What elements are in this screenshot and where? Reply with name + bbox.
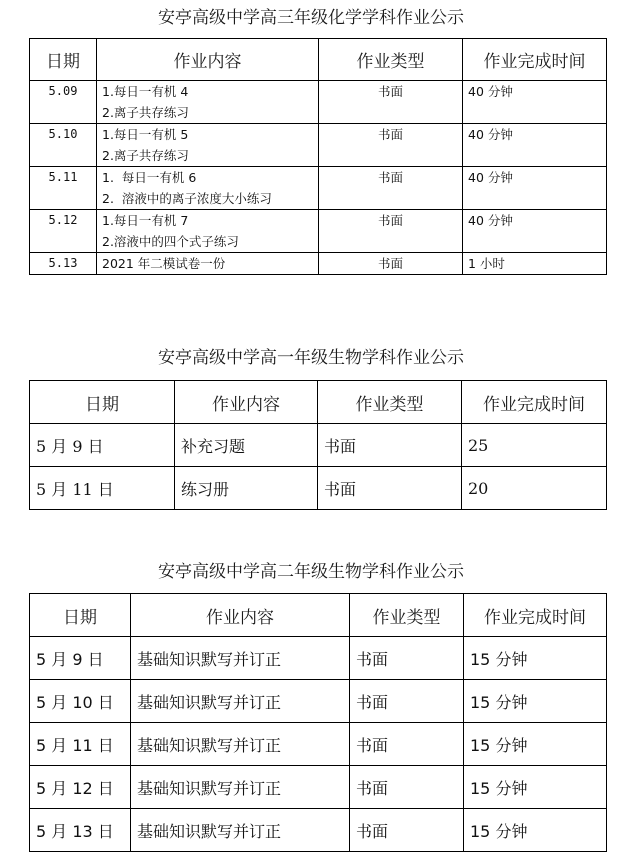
table-row: 5 月 11 日 练习册 书面 20 [30, 467, 607, 510]
content-line: 1.每日一有机 4 [102, 81, 318, 102]
table-row: 5.10 1.每日一有机 5 2.离子共存练习 书面 40 分钟 [30, 124, 607, 167]
cell-time: 15 分钟 [464, 766, 607, 809]
content-line: 2. 溶液中的离子浓度大小练习 [102, 188, 318, 209]
cell-content: 基础知识默写并订正 [131, 723, 350, 766]
content-line: 2.离子共存练习 [102, 145, 318, 166]
cell-date: 5.11 [30, 167, 97, 210]
cell-content: 基础知识默写并订正 [131, 680, 350, 723]
cell-time: 40 分钟 [463, 210, 607, 253]
header-content: 作业内容 [131, 594, 350, 637]
cell-date: 5 月 9 日 [30, 424, 175, 467]
table-row: 5.09 1.每日一有机 4 2.离子共存练习 书面 40 分钟 [30, 81, 607, 124]
content-line: 1.每日一有机 7 [102, 210, 318, 231]
biology-grade1-table-title: 安亭高级中学高一年级生物学科作业公示 [0, 347, 622, 369]
cell-type: 书面 [350, 766, 464, 809]
table-row: 5 月 9 日 补充习题 书面 25 [30, 424, 607, 467]
content-line: 2021 年二模试卷一份 [102, 253, 318, 274]
table-row: 5.13 2021 年二模试卷一份 书面 1 小时 [30, 253, 607, 275]
cell-date: 5.12 [30, 210, 97, 253]
cell-content: 1.每日一有机 5 2.离子共存练习 [97, 124, 319, 167]
cell-content: 基础知识默写并订正 [131, 809, 350, 852]
table-row: 5 月 13 日 基础知识默写并订正 书面 15 分钟 [30, 809, 607, 852]
header-type: 作业类型 [318, 381, 462, 424]
header-date: 日期 [30, 594, 131, 637]
cell-content: 1.每日一有机 4 2.离子共存练习 [97, 81, 319, 124]
cell-type: 书面 [319, 167, 463, 210]
table-row: 5.11 1. 每日一有机 6 2. 溶液中的离子浓度大小练习 书面 40 分钟 [30, 167, 607, 210]
cell-type: 书面 [350, 637, 464, 680]
chemistry-homework-table: 日期 作业内容 作业类型 作业完成时间 5.09 1.每日一有机 4 2.离子共… [29, 38, 607, 275]
cell-type: 书面 [350, 680, 464, 723]
content-line: 2.溶液中的四个式子练习 [102, 231, 318, 252]
cell-type: 书面 [350, 809, 464, 852]
cell-date: 5 月 9 日 [30, 637, 131, 680]
cell-date: 5.10 [30, 124, 97, 167]
cell-time: 1 小时 [463, 253, 607, 275]
cell-time: 40 分钟 [463, 167, 607, 210]
cell-date: 5 月 12 日 [30, 766, 131, 809]
cell-content: 1.每日一有机 7 2.溶液中的四个式子练习 [97, 210, 319, 253]
header-content: 作业内容 [175, 381, 318, 424]
table-row: 5 月 10 日 基础知识默写并订正 书面 15 分钟 [30, 680, 607, 723]
cell-time: 15 分钟 [464, 809, 607, 852]
chemistry-table-title: 安亭高级中学高三年级化学学科作业公示 [0, 7, 622, 29]
cell-content: 基础知识默写并订正 [131, 766, 350, 809]
header-content: 作业内容 [97, 39, 319, 81]
cell-time: 15 分钟 [464, 637, 607, 680]
header-time: 作业完成时间 [462, 381, 607, 424]
cell-content: 基础知识默写并订正 [131, 637, 350, 680]
table-header-row: 日期 作业内容 作业类型 作业完成时间 [30, 381, 607, 424]
biology-grade2-table-title: 安亭高级中学高二年级生物学科作业公示 [0, 561, 622, 583]
cell-date: 5 月 11 日 [30, 723, 131, 766]
cell-content: 2021 年二模试卷一份 [97, 253, 319, 275]
table-row: 5 月 11 日 基础知识默写并订正 书面 15 分钟 [30, 723, 607, 766]
cell-type: 书面 [319, 253, 463, 275]
table-row: 5 月 12 日 基础知识默写并订正 书面 15 分钟 [30, 766, 607, 809]
cell-content: 补充习题 [175, 424, 318, 467]
cell-time: 15 分钟 [464, 680, 607, 723]
cell-date: 5 月 10 日 [30, 680, 131, 723]
table-row: 5 月 9 日 基础知识默写并订正 书面 15 分钟 [30, 637, 607, 680]
cell-date: 5 月 11 日 [30, 467, 175, 510]
cell-type: 书面 [318, 424, 462, 467]
content-line: 1.每日一有机 5 [102, 124, 318, 145]
header-type: 作业类型 [319, 39, 463, 81]
cell-date: 5.09 [30, 81, 97, 124]
cell-type: 书面 [350, 723, 464, 766]
cell-date: 5.13 [30, 253, 97, 275]
cell-time: 20 [462, 467, 607, 510]
header-time: 作业完成时间 [464, 594, 607, 637]
cell-time: 40 分钟 [463, 124, 607, 167]
cell-date: 5 月 13 日 [30, 809, 131, 852]
cell-type: 书面 [319, 81, 463, 124]
cell-content: 1. 每日一有机 6 2. 溶液中的离子浓度大小练习 [97, 167, 319, 210]
cell-type: 书面 [319, 210, 463, 253]
biology-grade1-homework-table: 日期 作业内容 作业类型 作业完成时间 5 月 9 日 补充习题 书面 25 5… [29, 380, 607, 510]
header-date: 日期 [30, 39, 97, 81]
header-time: 作业完成时间 [463, 39, 607, 81]
cell-type: 书面 [318, 467, 462, 510]
table-row: 5.12 1.每日一有机 7 2.溶液中的四个式子练习 书面 40 分钟 [30, 210, 607, 253]
cell-time: 15 分钟 [464, 723, 607, 766]
content-line: 2.离子共存练习 [102, 102, 318, 123]
biology-grade2-homework-table: 日期 作业内容 作业类型 作业完成时间 5 月 9 日 基础知识默写并订正 书面… [29, 593, 607, 852]
cell-type: 书面 [319, 124, 463, 167]
cell-time: 25 [462, 424, 607, 467]
header-date: 日期 [30, 381, 175, 424]
content-line: 1. 每日一有机 6 [102, 167, 318, 188]
table-header-row: 日期 作业内容 作业类型 作业完成时间 [30, 39, 607, 81]
header-type: 作业类型 [350, 594, 464, 637]
cell-content: 练习册 [175, 467, 318, 510]
table-header-row: 日期 作业内容 作业类型 作业完成时间 [30, 594, 607, 637]
cell-time: 40 分钟 [463, 81, 607, 124]
